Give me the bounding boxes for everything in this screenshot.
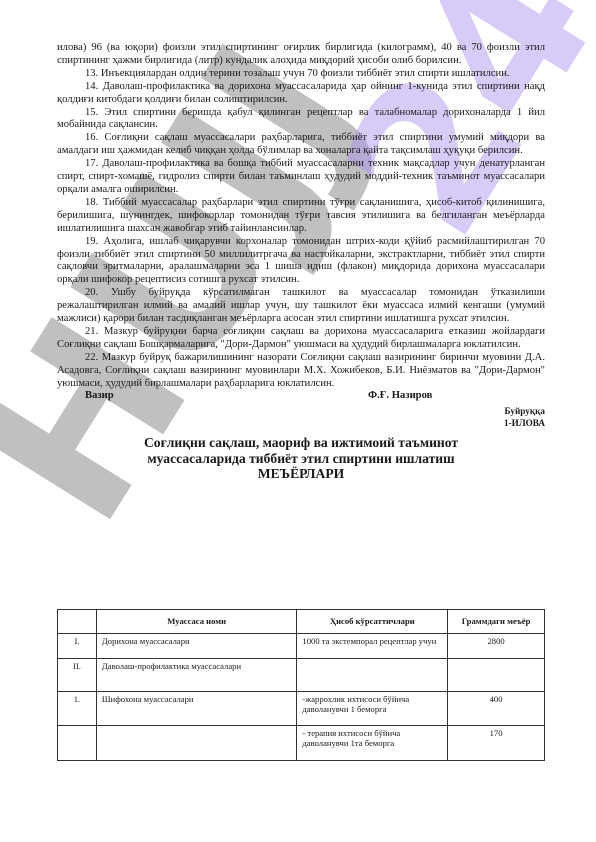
signature-name: Ф.Ғ. Назиров [368,390,432,403]
paragraph-16: 16. Соғлиқни сақлаш муассасалари раҳбарл… [57,132,545,158]
cell-number [58,726,97,761]
paragraph-18: 18. Тиббий муассасалар раҳбарлари этил с… [57,197,545,236]
cell-institution [96,726,297,761]
paragraph-17: 17. Даволаш-профилактика ва бошқа тиббий… [57,158,545,197]
section-title-line3: МЕЪЁРЛАРИ [57,466,545,481]
cell-indicator: -жаррохлик ихтисоси бўйича даволанувчи 1… [297,692,448,726]
cell-number: 1. [58,692,97,726]
cell-indicator [297,659,448,692]
annex-line2: 1-ИЛОВА [57,418,545,430]
cell-institution: Дорихона муассасалари [96,634,297,659]
cell-norm: 2800 [448,634,545,659]
cell-number: II. [58,659,97,692]
cell-indicator: - терапия ихтисоси бўйича даволанувчи 1т… [297,726,448,761]
annex-label: Буйруққа 1-ИЛОВА [57,406,545,429]
paragraph-12-cont: илова) 96 (ва юқори) фоизли этил спиртин… [57,42,545,68]
signature-block: Вазир Ф.Ғ. Назиров [57,390,545,403]
section-title-line2: муассасаларида тиббиёт этил спиртини ишл… [57,451,545,466]
table-row: II. Даволаш-профилактика муассасалари [58,659,545,692]
paragraph-20: 20. Ушбу буйруқда кўрсатилмаган ташкилот… [57,287,545,326]
paragraph-14: 14. Даволаш-профилактика ва дорихона муа… [57,81,545,107]
cell-indicator: 1000 та экстемпорал рецептлар учун [297,634,448,659]
paragraph-21: 21. Мазкур буйруқни барча соғлиқни сақла… [57,326,545,352]
header-institution: Муассаса номи [96,610,297,634]
cell-norm: 170 [448,726,545,761]
table-row: I. Дорихона муассасалари 1000 та экстемп… [58,634,545,659]
cell-institution: Шифохона муассасалари [96,692,297,726]
paragraph-19: 19. Аҳолига, ишлаб чиқарувчи корхоналар … [57,236,545,288]
header-number [58,610,97,634]
signature-title: Вазир [57,390,368,403]
section-title: Соғлиқни сақлаш, маориф ва ижтимоий таъм… [57,435,545,481]
cell-norm: 400 [448,692,545,726]
table-row: - терапия ихтисоси бўйича даволанувчи 1т… [58,726,545,761]
norms-table: Муассаса номи Ҳисоб кўрсаттичлари Граммд… [57,609,545,761]
cell-number: I. [58,634,97,659]
header-norm-grams: Граммдаги меъёр [448,610,545,634]
cell-norm [448,659,545,692]
header-indicators: Ҳисоб кўрсаттичлари [297,610,448,634]
section-title-line1: Соғлиқни сақлаш, маориф ва ижтимоий таъм… [57,435,545,450]
paragraph-13: 13. Инъекциялардан олдин терини тозалаш … [57,68,545,81]
paragraph-15: 15. Этил спиртини беришда қабул қилинган… [57,107,545,133]
annex-line1: Буйруққа [57,406,545,418]
document-page: илова) 96 (ва юқори) фоизли этил спиртин… [57,42,545,482]
table-header-row: Муассаса номи Ҳисоб кўрсаттичлари Граммд… [58,610,545,634]
cell-institution: Даволаш-профилактика муассасалари [96,659,297,692]
paragraph-22: 22. Мазкур буйруқ бажарилишининг назорат… [57,352,545,391]
table-row: 1. Шифохона муассасалари -жаррохлик ихти… [58,692,545,726]
